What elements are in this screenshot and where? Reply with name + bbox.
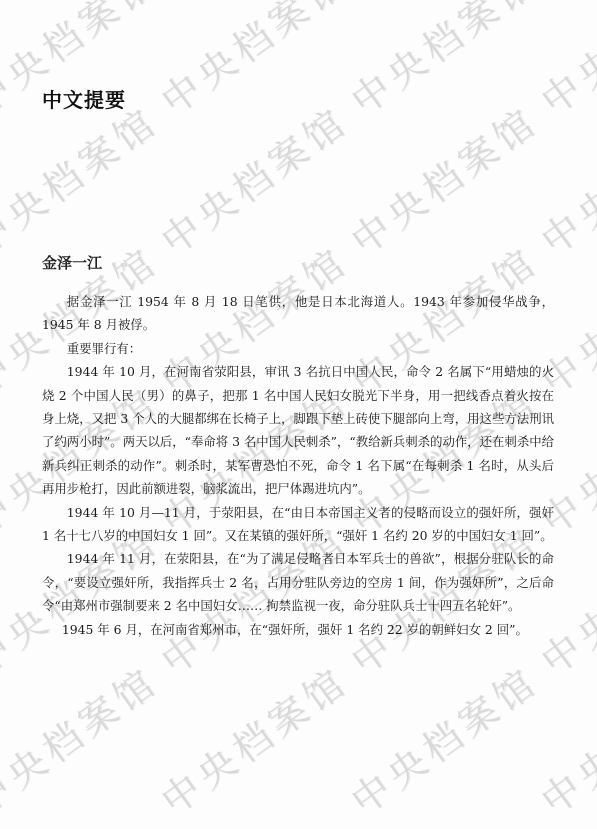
section-heading: 金泽一江: [42, 252, 102, 273]
paragraph-crime-4: 1945 年 6 月，在河南省郑州市，在“强奸所，强奸 1 名约 22 岁的朝鲜…: [42, 618, 554, 641]
paragraph-crime-2: 1944 年 10 月—11 月，于荥阳县，在“由日本帝国主义者的侵略而设立的强…: [42, 501, 554, 548]
paragraph-crime-3: 1944 年 11 月，在荥阳县，在“为了满足侵略者日本军兵士的兽欲”，根据分驻…: [42, 547, 554, 617]
paragraph-intro: 据金泽一江 1954 年 8 月 18 日笔供，他是日本北海道人。1943 年参…: [42, 290, 554, 337]
section-body: 据金泽一江 1954 年 8 月 18 日笔供，他是日本北海道人。1943 年参…: [42, 290, 554, 641]
paragraph-crime-1: 1944 年 10 月，在河南省荥阳县，审讯 3 名抗日中国人民，命令 2 名属…: [42, 360, 554, 500]
page-title: 中文提要: [42, 84, 126, 113]
paragraph-crimes-heading: 重要罪行有：: [42, 337, 554, 360]
document-page: 中文提要 金泽一江 据金泽一江 1954 年 8 月 18 日笔供，他是日本北海…: [0, 0, 597, 829]
